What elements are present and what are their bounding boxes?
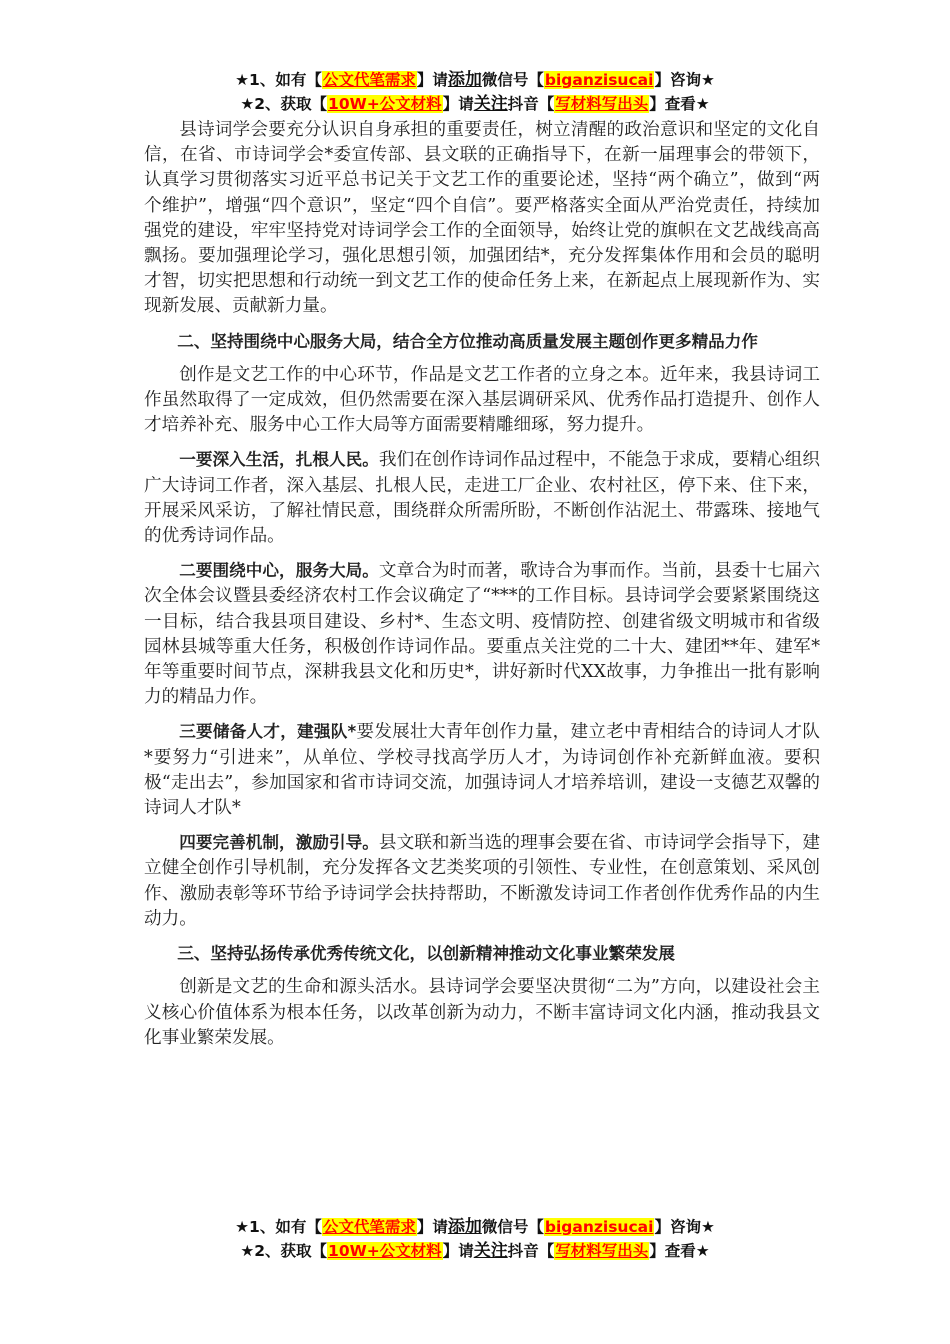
promo-footer: ★1、如有【公文代笔需求】请添加微信号【biganzisucai】咨询★ ★2、… [0, 1215, 950, 1263]
promo-underlined-add: 添加 [448, 70, 482, 90]
promo-line-2: ★2、获取【10W+公文材料】请关注抖音【写材料写出头】查看★ [0, 1239, 950, 1263]
lead-phrase: 一要深入生活，扎根人民。 [179, 450, 379, 469]
promo-text: 抖音【 [508, 95, 555, 113]
lead-phrase: 二要围绕中心，服务大局。 [179, 561, 379, 580]
promo-line-1: ★1、如有【公文代笔需求】请添加微信号【biganzisucai】咨询★ [0, 68, 950, 92]
promo-underlined-follow: 关注 [474, 94, 508, 114]
document-body: 县诗词学会要充分认识自身承担的重要责任，树立清醒的政治意识和坚定的文化自信，在省… [144, 118, 820, 1060]
promo-text: 】请 [417, 1218, 448, 1236]
promo-underlined-follow: 关注 [474, 1241, 508, 1261]
promo-text: 】请 [417, 71, 448, 89]
promo-highlight-materials: 10W+公文材料 [327, 95, 443, 113]
promo-highlight-douyin: 写材料写出头 [554, 1242, 649, 1260]
promo-text: ★2、获取【 [240, 1242, 327, 1260]
paragraph: 创新是文艺的生命和源头活水。县诗词学会要坚决贯彻“二为”方向，以建设社会主义核心… [144, 975, 820, 1051]
promo-text: 】查看★ [649, 1242, 709, 1260]
promo-text: ★1、如有【 [235, 71, 322, 89]
paragraph-text: 文章合为时而著，歌诗合为事而作。当前，县委十七届六次全体会议暨县委经济农村工作会… [144, 561, 820, 707]
paragraph: 四要完善机制，激励引导。县文联和新当选的理事会要在省、市诗词学会指导下，建立健全… [144, 830, 820, 932]
promo-highlight-service: 公文代笔需求 [322, 71, 417, 89]
promo-text: 】咨询★ [654, 1218, 714, 1236]
paragraph: 创作是文艺工作的中心环节，作品是文艺工作者的立身之本。近年来，我县诗词工作虽然取… [144, 363, 820, 439]
section-heading: 三、坚持弘扬传承优秀传统文化，以创新精神推动文化事业繁荣发展 [144, 941, 820, 966]
document-page: ★1、如有【公文代笔需求】请添加微信号【biganzisucai】咨询★ ★2、… [0, 0, 950, 1344]
promo-highlight-service: 公文代笔需求 [322, 1218, 417, 1236]
promo-highlight-materials: 10W+公文材料 [327, 1242, 443, 1260]
lead-phrase: 三要储备人才，建强队* [179, 722, 356, 741]
promo-text: 】查看★ [649, 95, 709, 113]
promo-highlight-wechat-id: biganzisucai [544, 71, 655, 89]
promo-highlight-douyin: 写材料写出头 [554, 95, 649, 113]
promo-line-2: ★2、获取【10W+公文材料】请关注抖音【写材料写出头】查看★ [0, 92, 950, 116]
promo-text: 】请 [443, 1242, 474, 1260]
promo-text: 抖音【 [508, 1242, 555, 1260]
promo-text: 微信号【 [482, 1218, 544, 1236]
paragraph: 三要储备人才，建强队*要发展壮大青年创作力量，建立老中青相结合的诗词人才队*要努… [144, 719, 820, 821]
paragraph: 一要深入生活，扎根人民。我们在创作诗词作品过程中，不能急于求成，要精心组织广大诗… [144, 447, 820, 549]
paragraph: 县诗词学会要充分认识自身承担的重要责任，树立清醒的政治意识和坚定的文化自信，在省… [144, 118, 820, 320]
paragraph: 二要围绕中心，服务大局。文章合为时而著，歌诗合为事而作。当前，县委十七届六次全体… [144, 558, 820, 710]
promo-line-1: ★1、如有【公文代笔需求】请添加微信号【biganzisucai】咨询★ [0, 1215, 950, 1239]
promo-header: ★1、如有【公文代笔需求】请添加微信号【biganzisucai】咨询★ ★2、… [0, 68, 950, 116]
promo-underlined-add: 添加 [448, 1217, 482, 1237]
promo-highlight-wechat-id: biganzisucai [544, 1218, 655, 1236]
promo-text: 微信号【 [482, 71, 544, 89]
lead-phrase: 四要完善机制，激励引导。 [179, 833, 379, 852]
promo-text: 】咨询★ [654, 71, 714, 89]
promo-text: ★2、获取【 [240, 95, 327, 113]
promo-text: 】请 [443, 95, 474, 113]
section-heading: 二、坚持围绕中心服务大局，结合全方位推动高质量发展主题创作更多精品力作 [144, 329, 820, 354]
promo-text: ★1、如有【 [235, 1218, 322, 1236]
